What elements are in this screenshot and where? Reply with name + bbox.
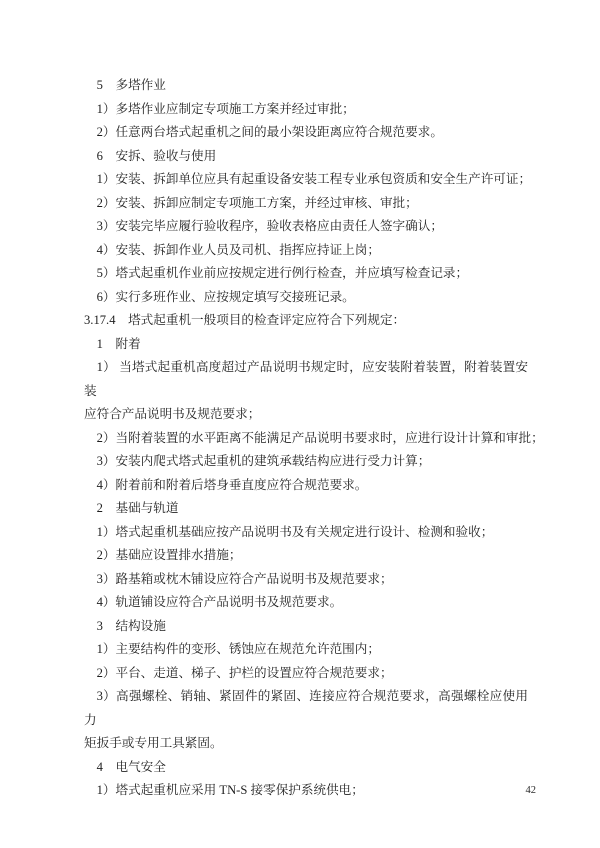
text-line: 2）任意两台塔式起重机之间的最小架设距离应符合规范要求。: [84, 121, 528, 145]
text-line: 1）塔式起重机基础应按产品说明书及有关规定进行设计、检测和验收；: [84, 521, 528, 545]
text-line: 3）高强螺栓、销轴、紧固件的紧固、连接应符合规范要求，高强螺栓应使用力: [84, 685, 528, 732]
text-line: 6）实行多班作业、应按规定填写交接班记录。: [84, 286, 528, 310]
text-line: 1）主要结构件的变形、锈蚀应在规范允许范围内；: [84, 638, 528, 662]
text-line: 3.17.4 塔式起重机一般项目的检查评定应符合下列规定：: [84, 309, 528, 333]
text-line: 1 附着: [84, 333, 528, 357]
text-line: 3）安装完毕应履行验收程序，验收表格应由责任人签字确认；: [84, 215, 528, 239]
text-line: 1）塔式起重机应采用 TN-S 接零保护系统供电；: [84, 779, 528, 803]
page-number: 42: [526, 785, 537, 796]
text-line: 3 结构设施: [84, 615, 528, 639]
text-line: 2）平台、走道、梯子、护栏的设置应符合规范要求；: [84, 662, 528, 686]
text-line: 矩扳手或专用工具紧固。: [84, 732, 528, 756]
text-line: 4）附着前和附着后塔身垂直度应符合规范要求。: [84, 474, 528, 498]
text-line: 2 基础与轨道: [84, 497, 528, 521]
text-line: 1）多塔作业应制定专项施工方案并经过审批；: [84, 98, 528, 122]
text-line: 1） 当塔式起重机高度超过产品说明书规定时，应安装附着装置，附着装置安装: [84, 356, 528, 403]
text-line: 4）安装、拆卸作业人员及司机、指挥应持证上岗；: [84, 239, 528, 263]
text-line: 2）安装、拆卸应制定专项施工方案，并经过审核、审批；: [84, 192, 528, 216]
text-line: 3）路基箱或枕木铺设应符合产品说明书及规范要求；: [84, 568, 528, 592]
document-page: 5 多塔作业1）多塔作业应制定专项施工方案并经过审批；2）任意两台塔式起重机之间…: [0, 0, 600, 848]
text-line: 2）基础应设置排水措施；: [84, 544, 528, 568]
text-line: 5 多塔作业: [84, 74, 528, 98]
text-line: 5）塔式起重机作业前应按规定进行例行检查，并应填写检查记录；: [84, 262, 528, 286]
text-line: 3）安装内爬式塔式起重机的建筑承载结构应进行受力计算；: [84, 450, 528, 474]
text-line: 4 电气安全: [84, 756, 528, 780]
text-line: 应符合产品说明书及规范要求；: [84, 403, 528, 427]
document-body: 5 多塔作业1）多塔作业应制定专项施工方案并经过审批；2）任意两台塔式起重机之间…: [84, 74, 528, 803]
text-line: 2）当附着装置的水平距离不能满足产品说明书要求时，应进行设计计算和审批；: [84, 427, 528, 451]
text-line: 4）轨道铺设应符合产品说明书及规范要求。: [84, 591, 528, 615]
text-line: 6 安拆、验收与使用: [84, 145, 528, 169]
text-line: 1）安装、拆卸单位应具有起重设备安装工程专业承包资质和安全生产许可证；: [84, 168, 528, 192]
